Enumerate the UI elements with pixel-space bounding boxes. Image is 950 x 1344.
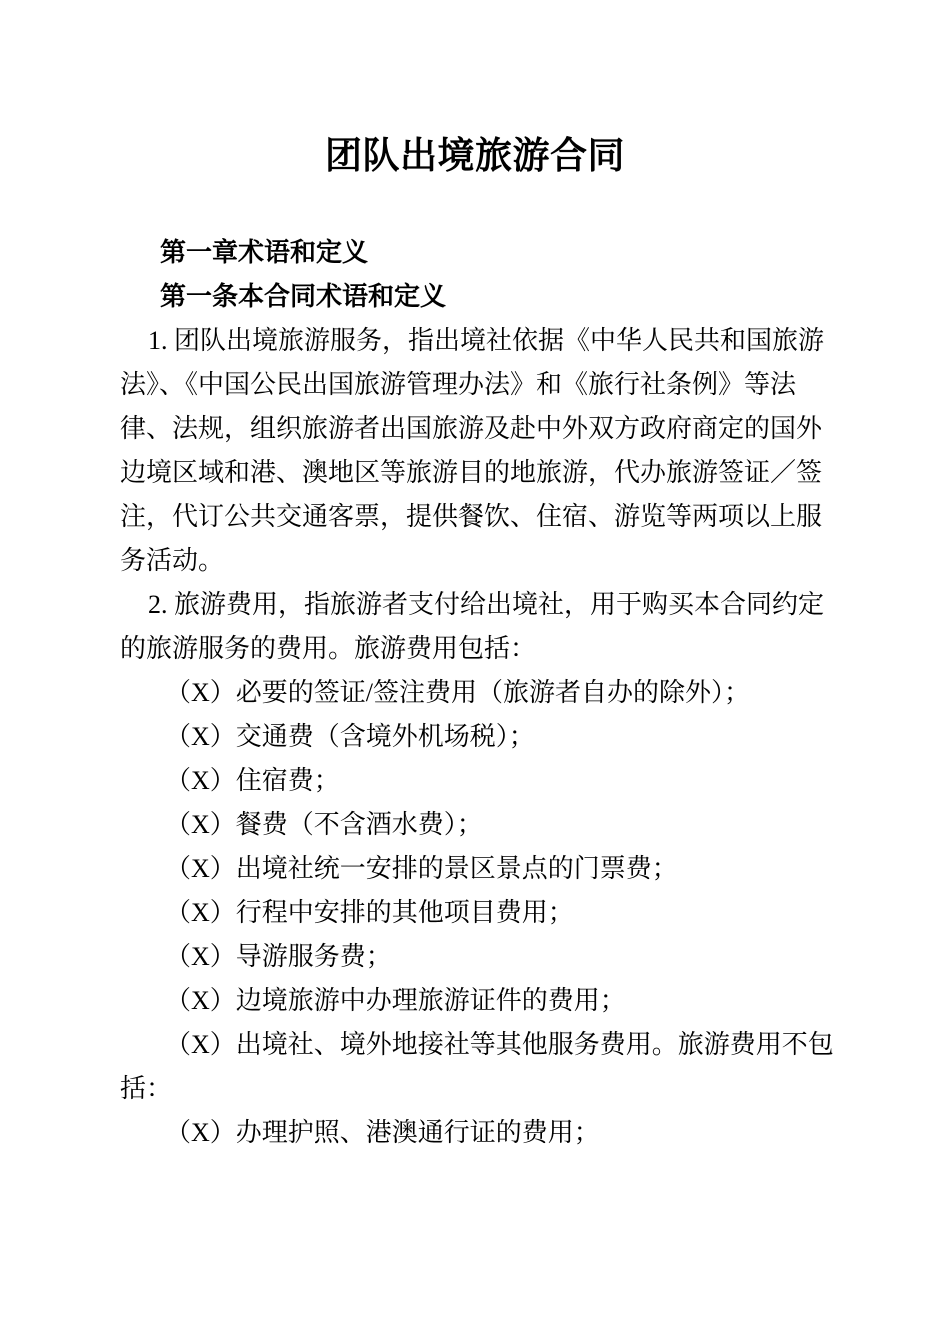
- text-line: （X）边境旅游中办理旅游证件的费用；: [120, 979, 834, 1023]
- text-line: 的旅游服务的费用。旅游费用包括：: [120, 627, 834, 671]
- document-page: 团队出境旅游合同 第一章术语和定义第一条本合同术语和定义1. 团队出境旅游服务，…: [0, 0, 950, 1344]
- text-line: 括：: [120, 1067, 834, 1111]
- text-line: （X）交通费（含境外机场税）；: [120, 715, 834, 759]
- text-line: 务活动。: [120, 539, 834, 583]
- text-line: （X）出境社、境外地接社等其他服务费用。旅游费用不包: [120, 1023, 834, 1067]
- text-line: （X）住宿费；: [120, 759, 834, 803]
- text-line: 律、法规，组织旅游者出国旅游及赴中外双方政府商定的国外: [120, 407, 834, 451]
- text-line: 2. 旅游费用，指旅游者支付给出境社，用于购买本合同约定: [120, 583, 834, 627]
- text-line: （X）餐费（不含酒水费）；: [120, 803, 834, 847]
- text-line: （X）出境社统一安排的景区景点的门票费；: [120, 847, 834, 891]
- text-line: （X）必要的签证/签注费用（旅游者自办的除外）；: [120, 671, 834, 715]
- text-line: （X）行程中安排的其他项目费用；: [120, 891, 834, 935]
- text-line: 第一条本合同术语和定义: [120, 275, 834, 319]
- text-line: 1. 团队出境旅游服务，指出境社依据《中华人民共和国旅游: [120, 319, 834, 363]
- text-line: （X）办理护照、港澳通行证的费用；: [120, 1111, 834, 1155]
- document-title: 团队出境旅游合同: [0, 133, 950, 181]
- text-line: 法》、《中国公民出国旅游管理办法》和《旅行社条例》等法: [120, 363, 834, 407]
- document-body: 第一章术语和定义第一条本合同术语和定义1. 团队出境旅游服务，指出境社依据《中华…: [120, 231, 834, 1155]
- text-line: 第一章术语和定义: [120, 231, 834, 275]
- text-line: 边境区域和港、澳地区等旅游目的地旅游，代办旅游签证／签: [120, 451, 834, 495]
- text-line: （X）导游服务费；: [120, 935, 834, 979]
- text-line: 注，代订公共交通客票，提供餐饮、住宿、游览等两项以上服: [120, 495, 834, 539]
